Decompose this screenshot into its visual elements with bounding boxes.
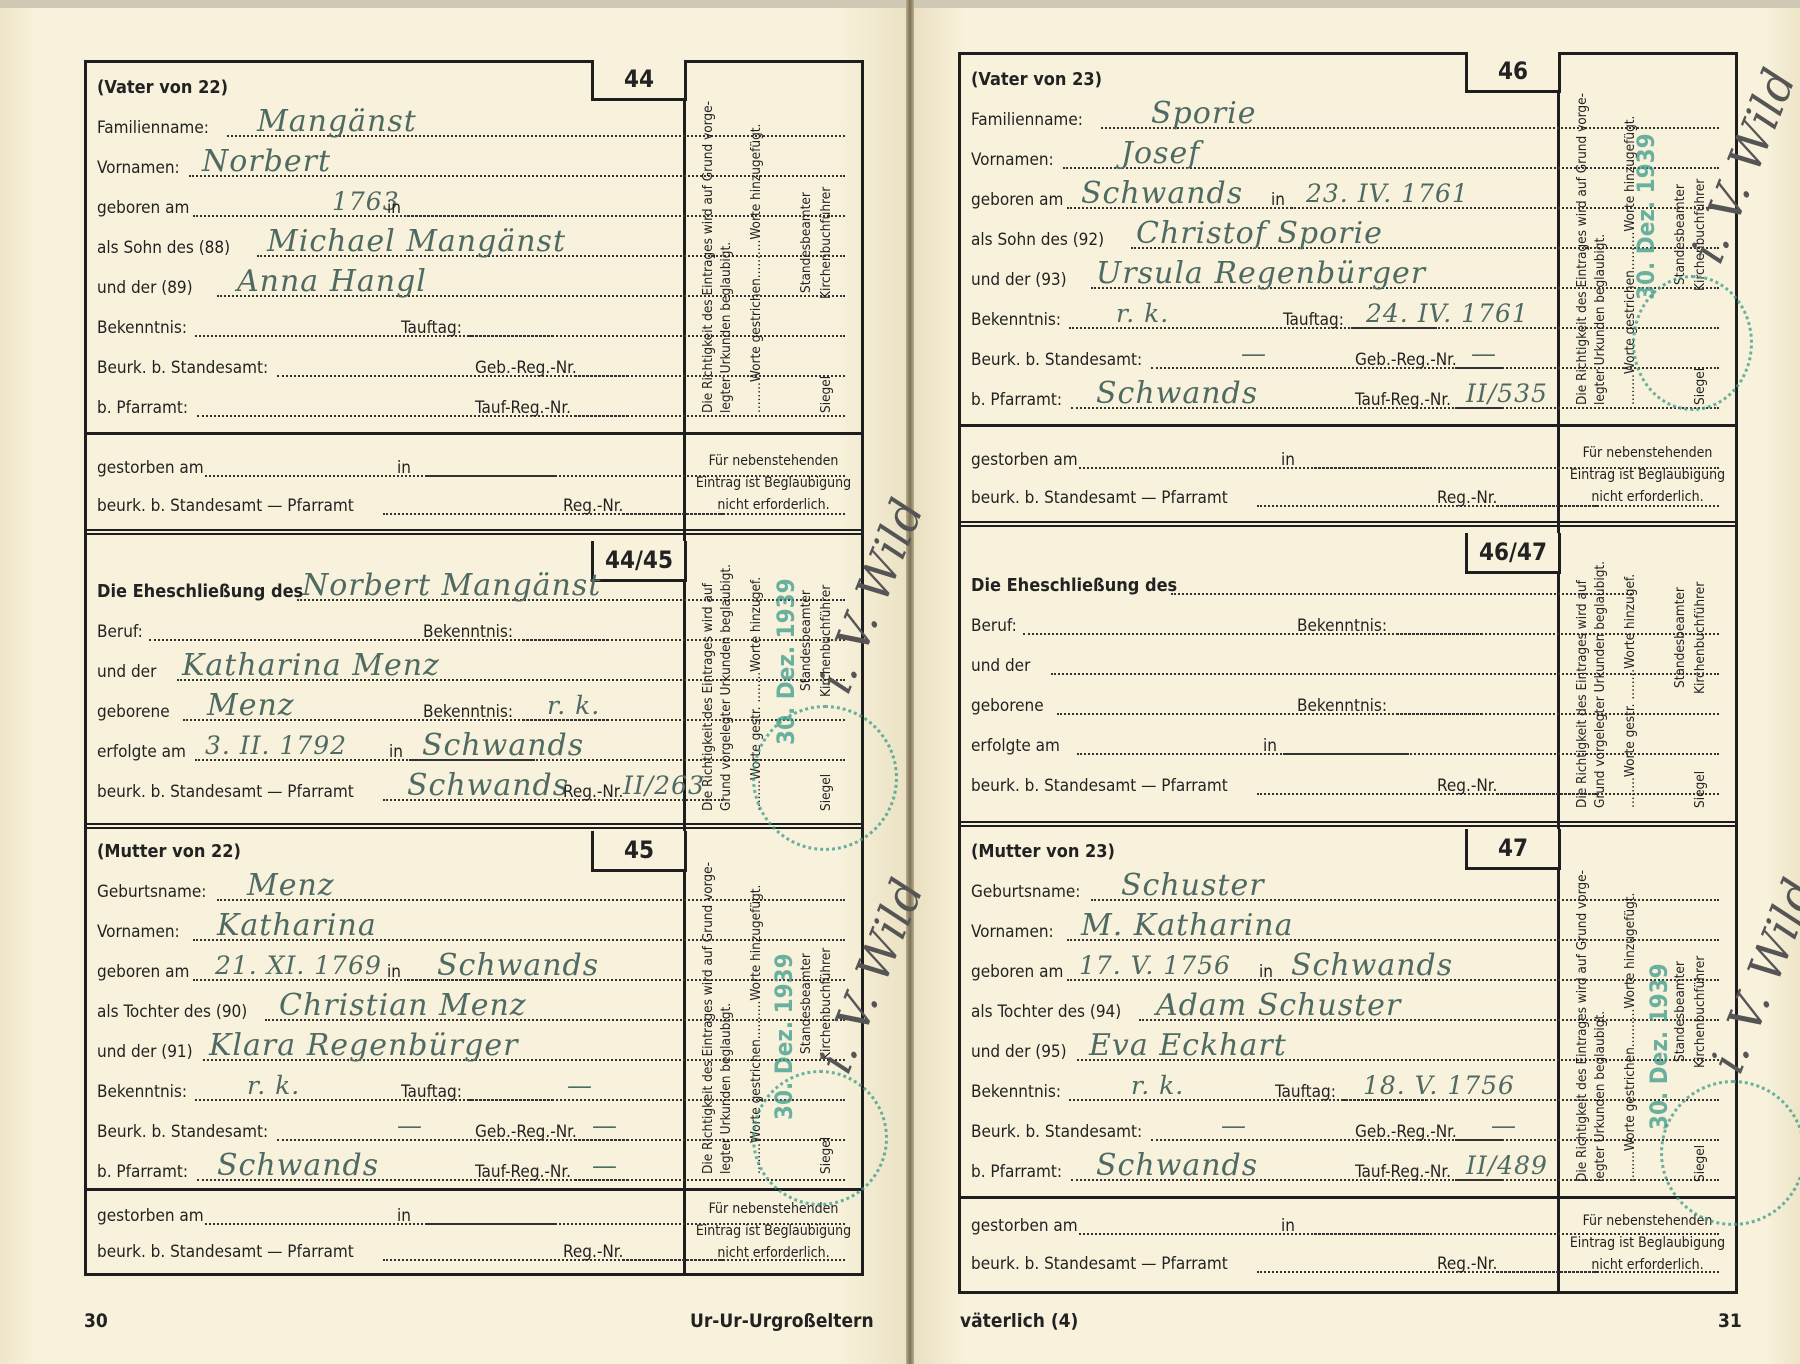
label-bekenntnis: Bekenntnis: <box>97 1082 187 1102</box>
note-line: Eintrag ist Beglaubigung <box>1560 1232 1735 1254</box>
field-tauf-reg-nr[interactable]: II/489 <box>1466 1149 1548 1183</box>
label-beurk: beurk. b. Standesamt — Pfarramt <box>971 776 1228 796</box>
words-struck-text: ........Worte gestrichen..........Worte … <box>1622 893 1638 1182</box>
label-reg-nr: Reg.-Nr. <box>1437 1249 1497 1279</box>
section-heading: (Vater von 22) <box>97 77 228 98</box>
label-geboren-am: geboren am <box>97 198 189 218</box>
date-stamp: 30. Dez. 1939 <box>1632 133 1660 300</box>
field-und-der[interactable]: Klara Regenbürger <box>209 1029 518 1063</box>
label-tauf-reg-nr: Tauf-Reg.-Nr. <box>475 1157 571 1187</box>
certification-text: Grund vorgelegter Urkunden beglaubigt. <box>1592 561 1608 808</box>
no-certification-note: Für nebenstehenden Eintrag ist Beglaubig… <box>686 1194 861 1274</box>
certification-text: Die Richtigkeit des Eintrages wird auf G… <box>1574 93 1590 405</box>
certification-text: Die Richtigkeit des Eintrages wird auf <box>700 583 716 811</box>
field-geboren-am[interactable]: Schwands <box>1081 177 1243 211</box>
label-in: in <box>389 737 403 767</box>
field-geboren-in[interactable]: 23. IV. 1761 <box>1306 177 1469 211</box>
field-tochter-des[interactable]: Christian Menz <box>279 989 527 1023</box>
field-vornamen[interactable]: Katharina <box>217 909 377 943</box>
right-form: 46 (Vater von 23) Familienname:Sporie Vo… <box>958 52 1738 1294</box>
page-number: 31 <box>1718 1310 1742 1332</box>
label-in: in <box>397 453 411 483</box>
certification-column-marriage: Die Richtigkeit des Eintrages wird auf G… <box>1560 533 1735 827</box>
field-und-der[interactable]: Eva Eckhart <box>1089 1029 1287 1063</box>
certification-text: legter Urkunden beglaubigt. <box>1592 1011 1608 1182</box>
label-und-der: und der <box>97 662 156 682</box>
no-certification-note: Für nebenstehenden Eintrag ist Beglaubig… <box>1560 430 1735 527</box>
label-geborene: geborene <box>97 702 170 722</box>
label-geb-reg-nr: Geb.-Reg.-Nr. <box>1355 1117 1457 1147</box>
certification-text: Die Richtigkeit des Eintrages wird auf <box>1574 580 1590 808</box>
note-line: nicht erforderlich. <box>686 494 861 516</box>
field-und-der[interactable]: Ursula Regenbürger <box>1096 257 1426 291</box>
official-seal-stamp <box>1660 1080 1800 1226</box>
field-bekenntnis[interactable]: r. k. <box>247 1069 300 1103</box>
label-geburtsname: Geburtsname: <box>971 882 1080 902</box>
label-reg-nr: Reg.-Nr. <box>563 777 623 807</box>
label-ehe-des: Die Eheschließung des <box>971 575 1177 596</box>
label-reg-nr: Reg.-Nr. <box>1437 483 1497 513</box>
certification-text: Die Richtigkeit des Eintrages wird auf G… <box>700 862 716 1174</box>
note-line: nicht erforderlich. <box>1560 486 1735 508</box>
field-standesamt[interactable]: — <box>397 1109 423 1143</box>
words-struck-text: ........Worte gestrichen..........Worte … <box>748 124 764 413</box>
label-und-der: und der (95) <box>971 1042 1067 1062</box>
note-line: Eintrag ist Beglaubigung <box>1560 464 1735 486</box>
label-reg-nr: Reg.-Nr. <box>1437 771 1497 801</box>
official-title: Standesbeamter <box>1672 587 1688 688</box>
label-geboren-am: geboren am <box>971 190 1063 210</box>
label-beurk: beurk. b. Standesamt — Pfarramt <box>971 488 1228 508</box>
section-heading: (Vater von 23) <box>971 69 1102 90</box>
label-in: in <box>1281 445 1295 475</box>
label-gestorben-am: gestorben am <box>97 458 204 478</box>
field-geboren-in[interactable]: Schwands <box>437 949 599 983</box>
no-certification-note: Für nebenstehenden Eintrag ist Beglaubig… <box>686 438 861 535</box>
label-in: in <box>387 193 401 223</box>
field-standesamt[interactable]: — <box>1221 1109 1247 1143</box>
field-pfarramt[interactable]: Schwands <box>1096 1149 1258 1183</box>
label-in: in <box>1281 1211 1295 1241</box>
label-pfarramt: b. Pfarramt: <box>971 1162 1062 1182</box>
field-sohn-des[interactable]: Michael Mangänst <box>267 225 566 259</box>
field-tauftag[interactable]: 18. V. 1756 <box>1363 1069 1515 1103</box>
label-pfarramt: b. Pfarramt: <box>971 390 1062 410</box>
field-geb-reg-nr[interactable]: — <box>592 1109 618 1143</box>
certification-text: legter Urkunden beglaubigt. <box>718 1003 734 1174</box>
label-beruf: Beruf: <box>971 616 1017 636</box>
field-und-der[interactable]: Katharina Menz <box>182 649 440 683</box>
label-bekenntnis: Bekenntnis: <box>423 617 513 647</box>
field-in[interactable]: Schwands <box>422 729 584 763</box>
label-beurk: beurk. b. Standesamt — Pfarramt <box>97 496 354 516</box>
field-geburtsname[interactable]: Schuster <box>1121 869 1265 903</box>
label-tauftag: Tauftag: <box>1283 305 1344 335</box>
field-bekenntnis[interactable]: r. k. <box>1131 1069 1184 1103</box>
field-beurk[interactable]: Schwands <box>407 769 569 803</box>
certification-text: legter Urkunden beglaubigt. <box>718 242 734 413</box>
label-tochter-des: als Tochter des (94) <box>971 1002 1121 1022</box>
field-pfarramt[interactable]: Schwands <box>1096 377 1258 411</box>
field-standesamt[interactable]: — <box>1241 337 1267 371</box>
label-tauf-reg-nr: Tauf-Reg.-Nr. <box>475 393 571 423</box>
entry-number: 46/47 <box>1465 533 1561 574</box>
label-bekenntnis: Bekenntnis: <box>1297 611 1387 641</box>
note-line: Eintrag ist Beglaubigung <box>686 472 861 494</box>
book-spine <box>906 0 914 1364</box>
label-standesamt: Beurk. b. Standesamt: <box>971 350 1142 370</box>
label-in: in <box>1263 731 1277 761</box>
label-tauftag: Tauftag: <box>1275 1077 1336 1107</box>
label-vornamen: Vornamen: <box>97 922 180 942</box>
label-gestorben-am: gestorben am <box>97 1206 204 1226</box>
label-tochter-des: als Tochter des (90) <box>97 1002 247 1022</box>
field-und-der[interactable]: Anna Hangl <box>237 265 427 299</box>
label-vornamen: Vornamen: <box>971 150 1054 170</box>
official-title: Kirchenbuchführer <box>818 187 834 299</box>
certification-text: Grund vorgelegter Urkunden beglaubigt. <box>718 564 734 811</box>
official-title: Standesbeamter <box>798 192 814 293</box>
label-familienname: Familienname: <box>971 110 1083 130</box>
field-vornamen[interactable]: Norbert <box>202 145 331 179</box>
label-tauftag: Tauftag: <box>401 1077 462 1107</box>
label-tauftag: Tauftag: <box>401 313 462 343</box>
label-familienname: Familienname: <box>97 118 209 138</box>
label-reg-nr: Reg.-Nr. <box>563 1237 623 1267</box>
label-sohn-des: als Sohn des (88) <box>97 238 230 258</box>
field-geboren-am[interactable]: 21. XI. 1769 <box>215 949 382 983</box>
certification-text: legter Urkunden beglaubigt. <box>1592 234 1608 405</box>
label-in: in <box>1259 957 1273 987</box>
label-geburtsname: Geburtsname: <box>97 882 206 902</box>
label-ehe-des: Die Eheschließung des <box>97 581 303 602</box>
label-bekenntnis: Bekenntnis: <box>971 1082 1061 1102</box>
section-heading: (Mutter von 23) <box>971 841 1115 862</box>
label-bekenntnis: Bekenntnis: <box>1297 691 1387 721</box>
certification-text: Die Richtigkeit des Eintrages wird auf G… <box>1574 870 1590 1182</box>
note-line: Für nebenstehenden <box>686 450 861 472</box>
section-heading: (Mutter von 22) <box>97 841 241 862</box>
page-footer-title: väterlich (4) <box>960 1310 1078 1332</box>
seal-label: Siegel <box>818 376 834 413</box>
label-geb-reg-nr: Geb.-Reg.-Nr. <box>475 353 577 383</box>
label-und-der: und der (89) <box>97 278 193 298</box>
label-vornamen: Vornamen: <box>971 922 1054 942</box>
label-geborene: geborene <box>971 696 1044 716</box>
field-geburtsname[interactable]: Menz <box>247 869 335 903</box>
date-stamp: 30. Dez. 1939 <box>770 953 798 1120</box>
field-bekenntnis[interactable]: r. k. <box>1116 297 1169 331</box>
note-line: Für nebenstehenden <box>1560 442 1735 464</box>
left-form: 44 (Vater von 22) Familienname:Mangänst … <box>84 60 864 1276</box>
field-familienname[interactable]: Mangänst <box>257 105 417 139</box>
label-erfolgte-am: erfolgte am <box>971 736 1060 756</box>
label-geb-reg-nr: Geb.-Reg.-Nr. <box>475 1117 577 1147</box>
field-tochter-des[interactable]: Adam Schuster <box>1156 989 1401 1023</box>
note-line: Eintrag ist Beglaubigung <box>686 1220 861 1242</box>
label-und-der: und der <box>971 656 1030 676</box>
label-beurk: beurk. b. Standesamt — Pfarramt <box>97 1242 354 1262</box>
label-beruf: Beruf: <box>97 622 143 642</box>
field-vornamen[interactable]: M. Katharina <box>1081 909 1294 943</box>
label-sohn-des: als Sohn des (92) <box>971 230 1104 250</box>
field-tauftag[interactable]: 24. IV. 1761 <box>1366 297 1529 331</box>
page-number: 30 <box>84 1310 108 1332</box>
label-bekenntnis: Bekenntnis: <box>97 318 187 338</box>
official-title: Standesbeamter <box>798 953 814 1054</box>
field-geborene[interactable]: Menz <box>207 689 295 723</box>
label-tauf-reg-nr: Tauf-Reg.-Nr. <box>1355 1157 1451 1187</box>
label-pfarramt: b. Pfarramt: <box>97 398 188 418</box>
field-ehe-des[interactable]: Norbert Mangänst <box>302 569 601 603</box>
field-pfarramt[interactable]: Schwands <box>217 1149 379 1183</box>
label-bekenntnis: Bekenntnis: <box>971 310 1061 330</box>
label-bekenntnis: Bekenntnis: <box>423 697 513 727</box>
note-line: nicht erforderlich. <box>686 1242 861 1264</box>
field-tauftag[interactable]: — <box>567 1069 593 1103</box>
label-beurk: beurk. b. Standesamt — Pfarramt <box>971 1254 1228 1274</box>
field-vornamen[interactable]: Josef <box>1121 137 1200 171</box>
label-tauf-reg-nr: Tauf-Reg.-Nr. <box>1355 385 1451 415</box>
date-stamp: 30. Dez. 1939 <box>1645 963 1673 1130</box>
label-gestorben-am: gestorben am <box>971 450 1078 470</box>
label-geboren-am: geboren am <box>97 962 189 982</box>
seal-label: Siegel <box>1692 771 1708 808</box>
label-in: in <box>387 957 401 987</box>
field-geboren-in[interactable]: Schwands <box>1291 949 1453 983</box>
certification-text: Die Richtigkeit des Eintrages wird auf G… <box>700 101 716 413</box>
official-title: Standesbeamter <box>1672 961 1688 1062</box>
field-tauf-reg-nr[interactable]: II/535 <box>1466 377 1548 411</box>
label-und-der: und der (93) <box>971 270 1067 290</box>
field-geb-reg-nr[interactable]: — <box>1471 337 1497 371</box>
certification-column-father: Die Richtigkeit des Eintrages wird auf G… <box>686 63 861 435</box>
field-erfolgte-am[interactable]: 3. II. 1792 <box>205 729 347 763</box>
date-stamp: 30. Dez. 1939 <box>772 578 800 745</box>
label-beurk: beurk. b. Standesamt — Pfarramt <box>97 782 354 802</box>
page-footer-title: Ur-Ur-Urgroßeltern <box>690 1310 874 1332</box>
label-standesamt: Beurk. b. Standesamt: <box>971 1122 1142 1142</box>
label-geboren-am: geboren am <box>971 962 1063 982</box>
label-gestorben-am: gestorben am <box>971 1216 1078 1236</box>
field-bekenntnis[interactable]: r. k. <box>547 689 600 723</box>
label-reg-nr: Reg.-Nr. <box>563 491 623 521</box>
label-standesamt: Beurk. b. Standesamt: <box>97 358 268 378</box>
label-in: in <box>397 1201 411 1231</box>
entry-number: 44/45 <box>591 541 687 582</box>
field-geb-reg-nr[interactable]: — <box>1491 1109 1517 1143</box>
label-erfolgte-am: erfolgte am <box>97 742 186 762</box>
label-vornamen: Vornamen: <box>97 158 180 178</box>
field-geboren-am[interactable]: 17. V. 1756 <box>1079 949 1231 983</box>
field-tauf-reg-nr[interactable]: — <box>592 1149 618 1183</box>
label-und-der: und der (91) <box>97 1042 193 1062</box>
label-geb-reg-nr: Geb.-Reg.-Nr. <box>1355 345 1457 375</box>
label-standesamt: Beurk. b. Standesamt: <box>97 1122 268 1142</box>
official-title: Kirchenbuchführer <box>1692 582 1708 694</box>
words-struck-text: ........Worte gestr. ........Worte hinzu… <box>1622 574 1638 808</box>
field-sohn-des[interactable]: Christof Sporie <box>1136 217 1383 251</box>
note-line: nicht erforderlich. <box>1560 1254 1735 1276</box>
label-pfarramt: b. Pfarramt: <box>97 1162 188 1182</box>
field-familienname[interactable]: Sporie <box>1151 97 1257 131</box>
label-in: in <box>1271 185 1285 215</box>
